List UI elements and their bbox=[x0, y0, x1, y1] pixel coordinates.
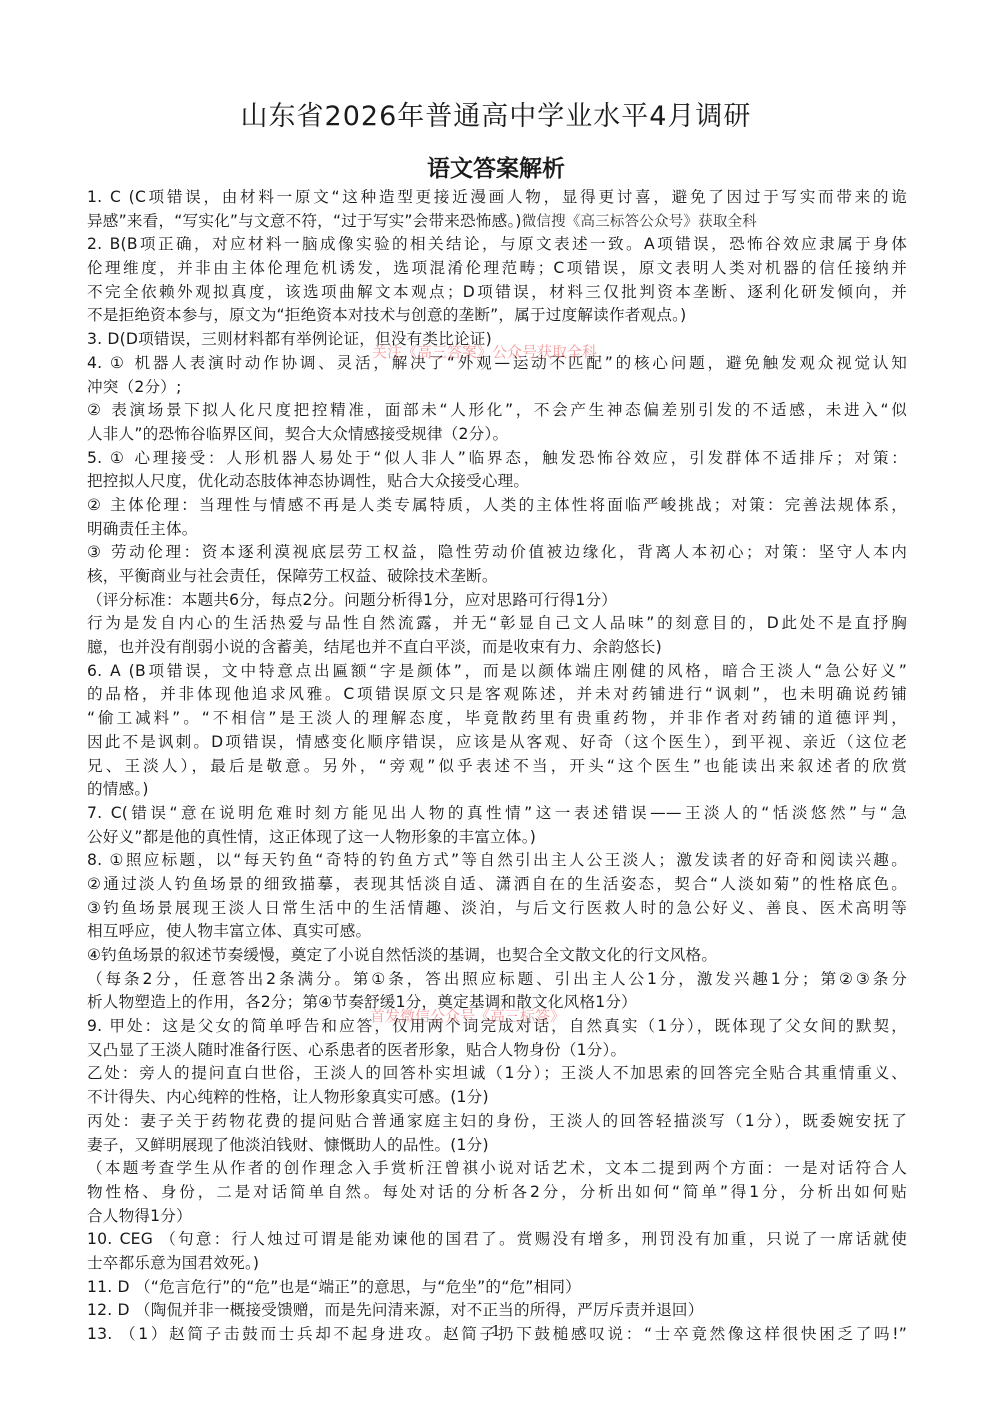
line-text: 公好义”都是他的真性情，这正体现了这一人物形象的丰富立体。) bbox=[87, 828, 536, 846]
text-line: 因此不是讽刺。D项错误，情感变化顺序错误，应该是从客观、好奇（这个医生），到平视… bbox=[87, 731, 907, 755]
text-line: 冲突（2分）; bbox=[87, 376, 907, 400]
line-text: 异感”来看，“写实化”与文意不符，“过于写实”会带来恐怖感。) bbox=[87, 212, 522, 230]
line-text: 的情感。) bbox=[87, 780, 149, 798]
line-text: ② 主体伦理：当理性与情感不再是人类专属特质，人类的主体性将面临严峻挑战；对策：… bbox=[87, 496, 907, 514]
line-text: ④钓鱼场景的叙述节奏缓慢，奠定了小说自然恬淡的基调，也契合全文散文化的行文风格。 bbox=[87, 946, 717, 964]
text-line: 兄、王淡人），最后是敬意。另外，“旁观”似乎表述不当，开头“这个医生”也能读出来… bbox=[87, 755, 907, 779]
line-text: 9. 甲处：这是父女的简单呼告和应答，仅用两个词完成对话，自然真实（1分），既体… bbox=[87, 1017, 907, 1035]
text-line: 公好义”都是他的真性情，这正体现了这一人物形象的丰富立体。) bbox=[87, 826, 907, 850]
answer-body: 1. C (C项错误，由材料一原文“这种造型更接近漫画人物，显得更讨喜，避免了因… bbox=[87, 186, 907, 1347]
line-text: 4. ① 机器人表演时动作协调、灵活，解决了“外观—运动不匹配”的核心问题，避免… bbox=[87, 354, 907, 372]
page-title: 山东省2026年普通高中学业水平4月调研 bbox=[0, 94, 992, 133]
text-line: 2. B(B项正确，对应材料一脑成像实验的相关结论，与原文表述一致。A项错误，恐… bbox=[87, 233, 907, 257]
page-number: 1 bbox=[0, 1322, 992, 1340]
text-line: 的情感。) bbox=[87, 778, 907, 802]
line-text: 1. C (C项错误，由材料一原文“这种造型更接近漫画人物，显得更讨喜，避免了因… bbox=[87, 188, 907, 206]
line-text: 的品格，并非体现他追求风雅。C项错误原文只是客观陈述，并未对药铺进行“讽刺”，也… bbox=[87, 685, 907, 703]
text-line: 核，平衡商业与社会责任，保障劳工权益、破除技术垄断。 bbox=[87, 565, 907, 589]
line-text: 又凸显了王淡人随时准备行医、心系患者的医者形象，贴合人物身份（1分）。 bbox=[87, 1041, 626, 1059]
line-text: 析人物塑造上的作用，各2分；第④节奏舒缓1分，奠定基调和散文化风格1分） bbox=[87, 993, 637, 1011]
line-text: 臆，也并没有削弱小说的含蓄美，结尾也并不直白平淡，而是收束有力、余韵悠长) bbox=[87, 638, 662, 656]
text-line: ④钓鱼场景的叙述节奏缓慢，奠定了小说自然恬淡的基调，也契合全文散文化的行文风格。 bbox=[87, 944, 907, 968]
text-line: ③钓鱼场景展现王淡人日常生活中的生活情趣、淡泊，与后文行医救人时的急公好义、善良… bbox=[87, 897, 907, 921]
text-line: 6. A (B项错误，文中特意点出匾额“字是颜体”，而是以颜体端庄刚健的风格，暗… bbox=[87, 660, 907, 684]
line-text: 不是拒绝资本参与，原文为“拒绝资本对技术与创意的垄断”，属于过度解读作者观点。) bbox=[87, 306, 686, 324]
text-line: ③ 劳动伦理：资本逐利漠视底层劳工权益，隐性劳动价值被边缘化，背离人本初心；对策… bbox=[87, 541, 907, 565]
text-line: 行为是发自内心的生活热爱与品性自然流露，并无“彰显自己文人品味”的刻意目的，D此… bbox=[87, 612, 907, 636]
text-line: 9. 甲处：这是父女的简单呼告和应答，仅用两个词完成对话，自然真实（1分），既体… bbox=[87, 1015, 907, 1039]
line-text: 士卒都乐意为国君效死。) bbox=[87, 1254, 259, 1272]
line-text: 物性格、身份，二是对话简单自然。每处对话的分析各2分，分析出如何“简单”得1分，… bbox=[87, 1183, 907, 1201]
line-text: 12. D （陶侃并非一概接受馈赠，而是先问清来源，对不正当的所得，严厉斥责并退… bbox=[87, 1301, 704, 1319]
line-text: 合人物得1分） bbox=[87, 1207, 192, 1225]
line-text: 3. D(D项错误，三则材料都有举例论证，但没有类比论证) bbox=[87, 330, 492, 348]
text-line: 不是拒绝资本参与，原文为“拒绝资本对技术与创意的垄断”，属于过度解读作者观点。) bbox=[87, 304, 907, 328]
line-text: 5. ① 心理接受：人形机器人易处于“似人非人”临界态，触发恐怖谷效应，引发群体… bbox=[87, 449, 907, 467]
text-line: 5. ① 心理接受：人形机器人易处于“似人非人”临界态，触发恐怖谷效应，引发群体… bbox=[87, 447, 907, 471]
text-line: ② 表演场景下拟人化尺度把控精准，面部未“人形化”，不会产生神态偏差别引发的不适… bbox=[87, 399, 907, 423]
line-text: 兄、王淡人），最后是敬意。另外，“旁观”似乎表述不当，开头“这个医生”也能读出来… bbox=[87, 757, 907, 775]
text-line: 的品格，并非体现他追求风雅。C项错误原文只是客观陈述，并未对药铺进行“讽刺”，也… bbox=[87, 683, 907, 707]
text-line: ② 主体伦理：当理性与情感不再是人类专属特质，人类的主体性将面临严峻挑战；对策：… bbox=[87, 494, 907, 518]
text-line: ②通过淡人钓鱼场景的细致描摹，表现其恬淡自适、潇洒自在的生活姿态，契合“人淡如菊… bbox=[87, 873, 907, 897]
line-text: 不计得失、内心纯粹的性格，让人物形象真实可感。(1分) bbox=[87, 1088, 489, 1106]
line-text: 因此不是讽刺。D项错误，情感变化顺序错误，应该是从客观、好奇（这个医生），到平视… bbox=[87, 733, 907, 751]
text-line: 妻子，又鲜明展现了他淡泊钱财、慷慨助人的品性。(1分) bbox=[87, 1134, 907, 1158]
text-line: 3. D(D项错误，三则材料都有举例论证，但没有类比论证) bbox=[87, 328, 907, 352]
text-line: 12. D （陶侃并非一概接受馈赠，而是先问清来源，对不正当的所得，严厉斥责并退… bbox=[87, 1299, 907, 1323]
text-line: 人非人”的恐怖谷临界区间，契合大众情感接受规律（2分）。 bbox=[87, 423, 907, 447]
line-text: （每条2分，任意答出2条满分。第①条，答出照应标题、引出主人公1分，激发兴趣1分… bbox=[87, 970, 907, 988]
text-line: 物性格、身份，二是对话简单自然。每处对话的分析各2分，分析出如何“简单”得1分，… bbox=[87, 1181, 907, 1205]
line-text: 妻子，又鲜明展现了他淡泊钱财、慷慨助人的品性。(1分) bbox=[87, 1136, 489, 1154]
inline-promo-note: 微信搜《高三标答公众号》获取全科 bbox=[522, 214, 757, 230]
line-text: 把控拟人尺度，优化动态肢体神态协调性，贴合大众接受心理。 bbox=[87, 472, 529, 490]
document-subtitle: 语文答案解析 bbox=[0, 150, 992, 183]
text-line: 相互呼应，使人物丰富立体、真实可感。 bbox=[87, 920, 907, 944]
line-text: ②通过淡人钓鱼场景的细致描摹，表现其恬淡自适、潇洒自在的生活姿态，契合“人淡如菊… bbox=[87, 875, 907, 893]
text-line: 8. ①照应标题，以“每天钓鱼“奇特的钓鱼方式”等自然引出主人公王淡人；激发读者… bbox=[87, 849, 907, 873]
text-line: 不计得失、内心纯粹的性格，让人物形象真实可感。(1分) bbox=[87, 1086, 907, 1110]
line-text: ③钓鱼场景展现王淡人日常生活中的生活情趣、淡泊，与后文行医救人时的急公好义、善良… bbox=[87, 899, 907, 917]
line-text: 10. CEG （句意：行人烛过可谓是能劝谏他的国君了。赏赐没有增多，刑罚没有加… bbox=[87, 1230, 907, 1248]
line-text: 核，平衡商业与社会责任，保障劳工权益、破除技术垄断。 bbox=[87, 567, 498, 585]
line-text: 冲突（2分）; bbox=[87, 378, 182, 396]
text-line: 伦理维度，并非由主体伦理危机诱发，选项混淆伦理范畴；C项错误，原文表明人类对机器… bbox=[87, 257, 907, 281]
text-line: 又凸显了王淡人随时准备行医、心系患者的医者形象，贴合人物身份（1分）。 bbox=[87, 1039, 907, 1063]
text-line: 丙处：妻子关于药物花费的提问贴合普通家庭主妇的身份，王淡人的回答轻描淡写（1分）… bbox=[87, 1110, 907, 1134]
text-line: 11. D （“危言危行”的“危”也是“端正”的意思，与“危坐”的“危”相同） bbox=[87, 1276, 907, 1300]
line-text: ③ 劳动伦理：资本逐利漠视底层劳工权益，隐性劳动价值被边缘化，背离人本初心；对策… bbox=[87, 543, 907, 561]
text-line: 乙处：旁人的提问直白世俗，王淡人的回答朴实坦诚（1分）；王淡人不加思索的回答完全… bbox=[87, 1062, 907, 1086]
text-line: 不完全依赖外观拟真度，该选项曲解文本观点；D项错误，材料三仅批判资本垄断、逐利化… bbox=[87, 281, 907, 305]
line-text: 7. C(错误“意在说明危难时刻方能见出人物的真性情”这一表述错误——王淡人的“… bbox=[87, 804, 907, 822]
line-text: 不完全依赖外观拟真度，该选项曲解文本观点；D项错误，材料三仅批判资本垄断、逐利化… bbox=[87, 283, 907, 301]
line-text: ② 表演场景下拟人化尺度把控精准，面部未“人形化”，不会产生神态偏差别引发的不适… bbox=[87, 401, 907, 419]
text-line: 明确责任主体。 bbox=[87, 518, 907, 542]
text-line: （每条2分，任意答出2条满分。第①条，答出照应标题、引出主人公1分，激发兴趣1分… bbox=[87, 968, 907, 992]
text-line: 臆，也并没有削弱小说的含蓄美，结尾也并不直白平淡，而是收束有力、余韵悠长) bbox=[87, 636, 907, 660]
text-line: 7. C(错误“意在说明危难时刻方能见出人物的真性情”这一表述错误——王淡人的“… bbox=[87, 802, 907, 826]
line-text: 伦理维度，并非由主体伦理危机诱发，选项混淆伦理范畴；C项错误，原文表明人类对机器… bbox=[87, 259, 907, 277]
line-text: 11. D （“危言危行”的“危”也是“端正”的意思，与“危坐”的“危”相同） bbox=[87, 1278, 581, 1296]
text-line: （评分标准：本题共6分，每点2分。问题分析得1分，应对思路可行得1分） bbox=[87, 589, 907, 613]
text-line: 10. CEG （句意：行人烛过可谓是能劝谏他的国君了。赏赐没有增多，刑罚没有加… bbox=[87, 1228, 907, 1252]
text-line: 析人物塑造上的作用，各2分；第④节奏舒缓1分，奠定基调和散文化风格1分） bbox=[87, 991, 907, 1015]
line-text: “偷工减料”。“不相信”是王淡人的理解态度，毕竟散药里有贵重药物，并非作者对药铺… bbox=[87, 709, 907, 727]
text-line: “偷工减料”。“不相信”是王淡人的理解态度，毕竟散药里有贵重药物，并非作者对药铺… bbox=[87, 707, 907, 731]
line-text: 人非人”的恐怖谷临界区间，契合大众情感接受规律（2分）。 bbox=[87, 425, 508, 443]
line-text: 2. B(B项正确，对应材料一脑成像实验的相关结论，与原文表述一致。A项错误，恐… bbox=[87, 235, 907, 253]
line-text: 乙处：旁人的提问直白世俗，王淡人的回答朴实坦诚（1分）；王淡人不加思索的回答完全… bbox=[87, 1064, 907, 1082]
line-text: （本题考查学生从作者的创作理念入手赏析汪曾祺小说对话艺术，文本二提到两个方面：一… bbox=[87, 1159, 907, 1177]
text-line: 异感”来看，“写实化”与文意不符，“过于写实”会带来恐怖感。)微信搜《高三标答公… bbox=[87, 210, 907, 234]
line-text: 6. A (B项错误，文中特意点出匾额“字是颜体”，而是以颜体端庄刚健的风格，暗… bbox=[87, 662, 907, 680]
line-text: （评分标准：本题共6分，每点2分。问题分析得1分，应对思路可行得1分） bbox=[87, 591, 617, 609]
text-line: 合人物得1分） bbox=[87, 1205, 907, 1229]
text-line: 1. C (C项错误，由材料一原文“这种造型更接近漫画人物，显得更讨喜，避免了因… bbox=[87, 186, 907, 210]
line-text: 相互呼应，使人物丰富立体、真实可感。 bbox=[87, 922, 371, 940]
text-line: 士卒都乐意为国君效死。) bbox=[87, 1252, 907, 1276]
text-line: 把控拟人尺度，优化动态肢体神态协调性，贴合大众接受心理。 bbox=[87, 470, 907, 494]
line-text: 丙处：妻子关于药物花费的提问贴合普通家庭主妇的身份，王淡人的回答轻描淡写（1分）… bbox=[87, 1112, 907, 1130]
line-text: 8. ①照应标题，以“每天钓鱼“奇特的钓鱼方式”等自然引出主人公王淡人；激发读者… bbox=[87, 851, 907, 869]
line-text: 明确责任主体。 bbox=[87, 520, 198, 538]
text-line: 4. ① 机器人表演时动作协调、灵活，解决了“外观—运动不匹配”的核心问题，避免… bbox=[87, 352, 907, 376]
line-text: 行为是发自内心的生活热爱与品性自然流露，并无“彰显自己文人品味”的刻意目的，D此… bbox=[87, 614, 907, 632]
text-line: （本题考查学生从作者的创作理念入手赏析汪曾祺小说对话艺术，文本二提到两个方面：一… bbox=[87, 1157, 907, 1181]
